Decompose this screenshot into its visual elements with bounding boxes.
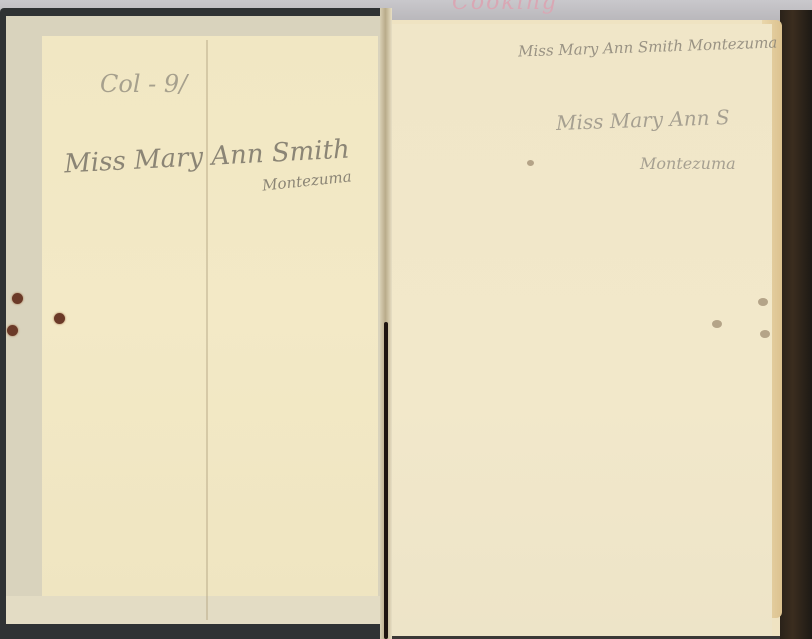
stain (760, 330, 770, 338)
rust-hole (7, 325, 18, 336)
stain (758, 298, 768, 306)
spine-crack (384, 322, 388, 639)
left-page (42, 36, 378, 596)
left-page-bottom-band (6, 596, 386, 624)
fold-line (206, 40, 208, 620)
handwritten-place-right: Montezuma (640, 154, 736, 173)
book-cover-right-edge (780, 10, 812, 639)
stain (712, 320, 722, 328)
rust-hole (54, 313, 65, 324)
rust-hole (12, 293, 23, 304)
book-photo: Cooking Col - 9/ Miss Mary Ann Smith Mon… (0, 0, 812, 639)
stain (527, 160, 534, 166)
background-label: Cooking (452, 0, 558, 15)
handwritten-code: Col - 9/ (100, 70, 187, 98)
